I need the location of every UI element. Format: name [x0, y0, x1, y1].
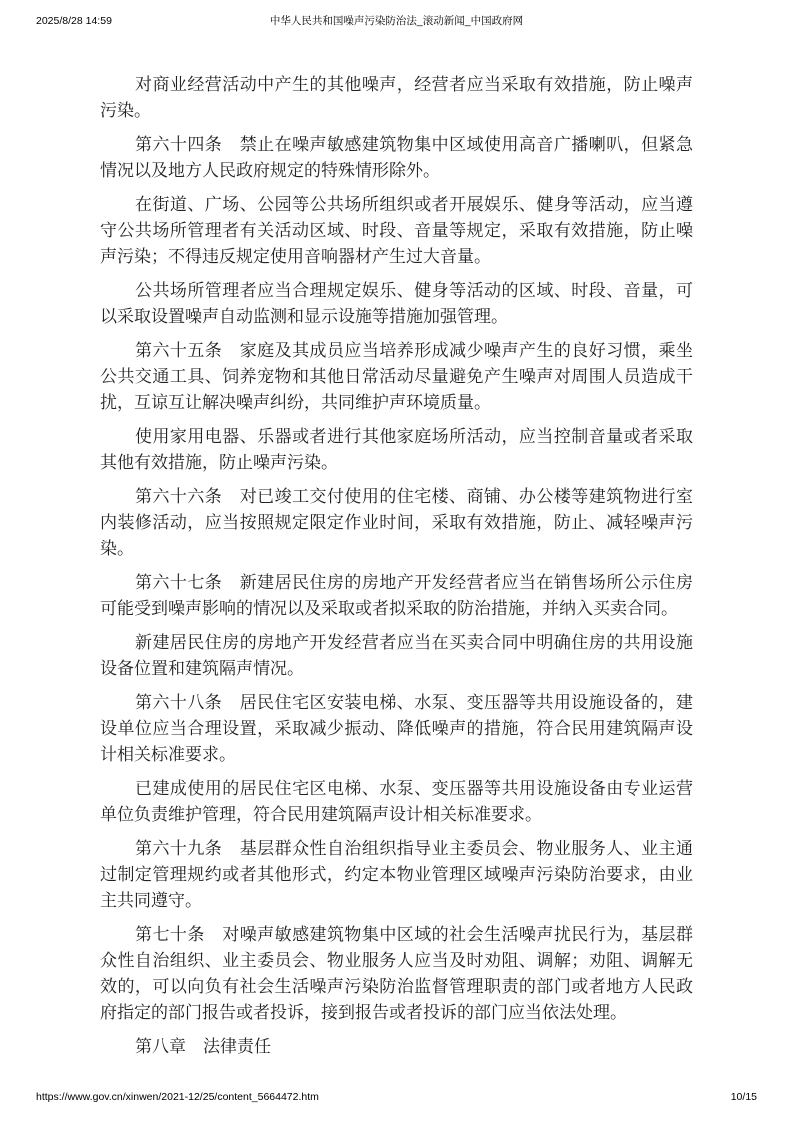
- document-paragraph-article-69: 第六十九条 基层群众性自治组织指导业主委员会、物业服务人、业主通过制定管理规约或…: [100, 836, 693, 914]
- chapter-heading: 第八章 法律责任: [100, 1034, 693, 1060]
- document-paragraph: 已建成使用的居民住宅区电梯、水泵、变压器等共用设施设备由专业运营单位负责维护管理…: [100, 776, 693, 828]
- document-paragraph: 对商业经营活动中产生的其他噪声，经营者应当采取有效措施，防止噪声污染。: [100, 72, 693, 124]
- document-paragraph-article-70: 第七十条 对噪声敏感建筑物集中区域的社会生活噪声扰民行为，基层群众性自治组织、业…: [100, 922, 693, 1026]
- document-paragraph-article-64: 第六十四条 禁止在噪声敏感建筑物集中区域使用高音广播喇叭，但紧急情况以及地方人民…: [100, 132, 693, 184]
- document-paragraph-article-66: 第六十六条 对已竣工交付使用的住宅楼、商铺、办公楼等建筑物进行室内装修活动，应当…: [100, 484, 693, 562]
- document-paragraph-article-68: 第六十八条 居民住宅区安装电梯、水泵、变压器等共用设施设备的，建设单位应当合理设…: [100, 690, 693, 768]
- print-datetime: 2025/8/28 14:59: [36, 14, 112, 28]
- source-url: https://www.gov.cn/xinwen/2021-12/25/con…: [36, 1090, 319, 1104]
- document-paragraph: 新建居民住房的房地产开发经营者应当在买卖合同中明确住房的共用设施设备位置和建筑隔…: [100, 630, 693, 682]
- document-paragraph-article-65: 第六十五条 家庭及其成员应当培养形成减少噪声产生的良好习惯，乘坐公共交通工具、饲…: [100, 338, 693, 416]
- document-paragraph: 使用家用电器、乐器或者进行其他家庭场所活动，应当控制音量或者采取其他有效措施，防…: [100, 424, 693, 476]
- print-header: 2025/8/28 14:59 中华人民共和国噪声污染防治法_滚动新闻_中国政府…: [36, 14, 757, 28]
- document-paragraph: 在街道、广场、公园等公共场所组织或者开展娱乐、健身等活动，应当遵守公共场所管理者…: [100, 192, 693, 270]
- document-paragraph-article-67: 第六十七条 新建居民住房的房地产开发经营者应当在销售场所公示住房可能受到噪声影响…: [100, 570, 693, 622]
- document-body: 对商业经营活动中产生的其他噪声，经营者应当采取有效措施，防止噪声污染。 第六十四…: [100, 72, 693, 1060]
- page-indicator: 10/15: [731, 1090, 757, 1104]
- print-preview-page: { "header": { "datetime": "2025/8/28 14:…: [0, 0, 793, 1122]
- document-title: 中华人民共和国噪声污染防治法_滚动新闻_中国政府网: [270, 14, 523, 28]
- document-paragraph: 公共场所管理者应当合理规定娱乐、健身等活动的区域、时段、音量，可以采取设置噪声自…: [100, 278, 693, 330]
- print-footer: https://www.gov.cn/xinwen/2021-12/25/con…: [36, 1090, 757, 1104]
